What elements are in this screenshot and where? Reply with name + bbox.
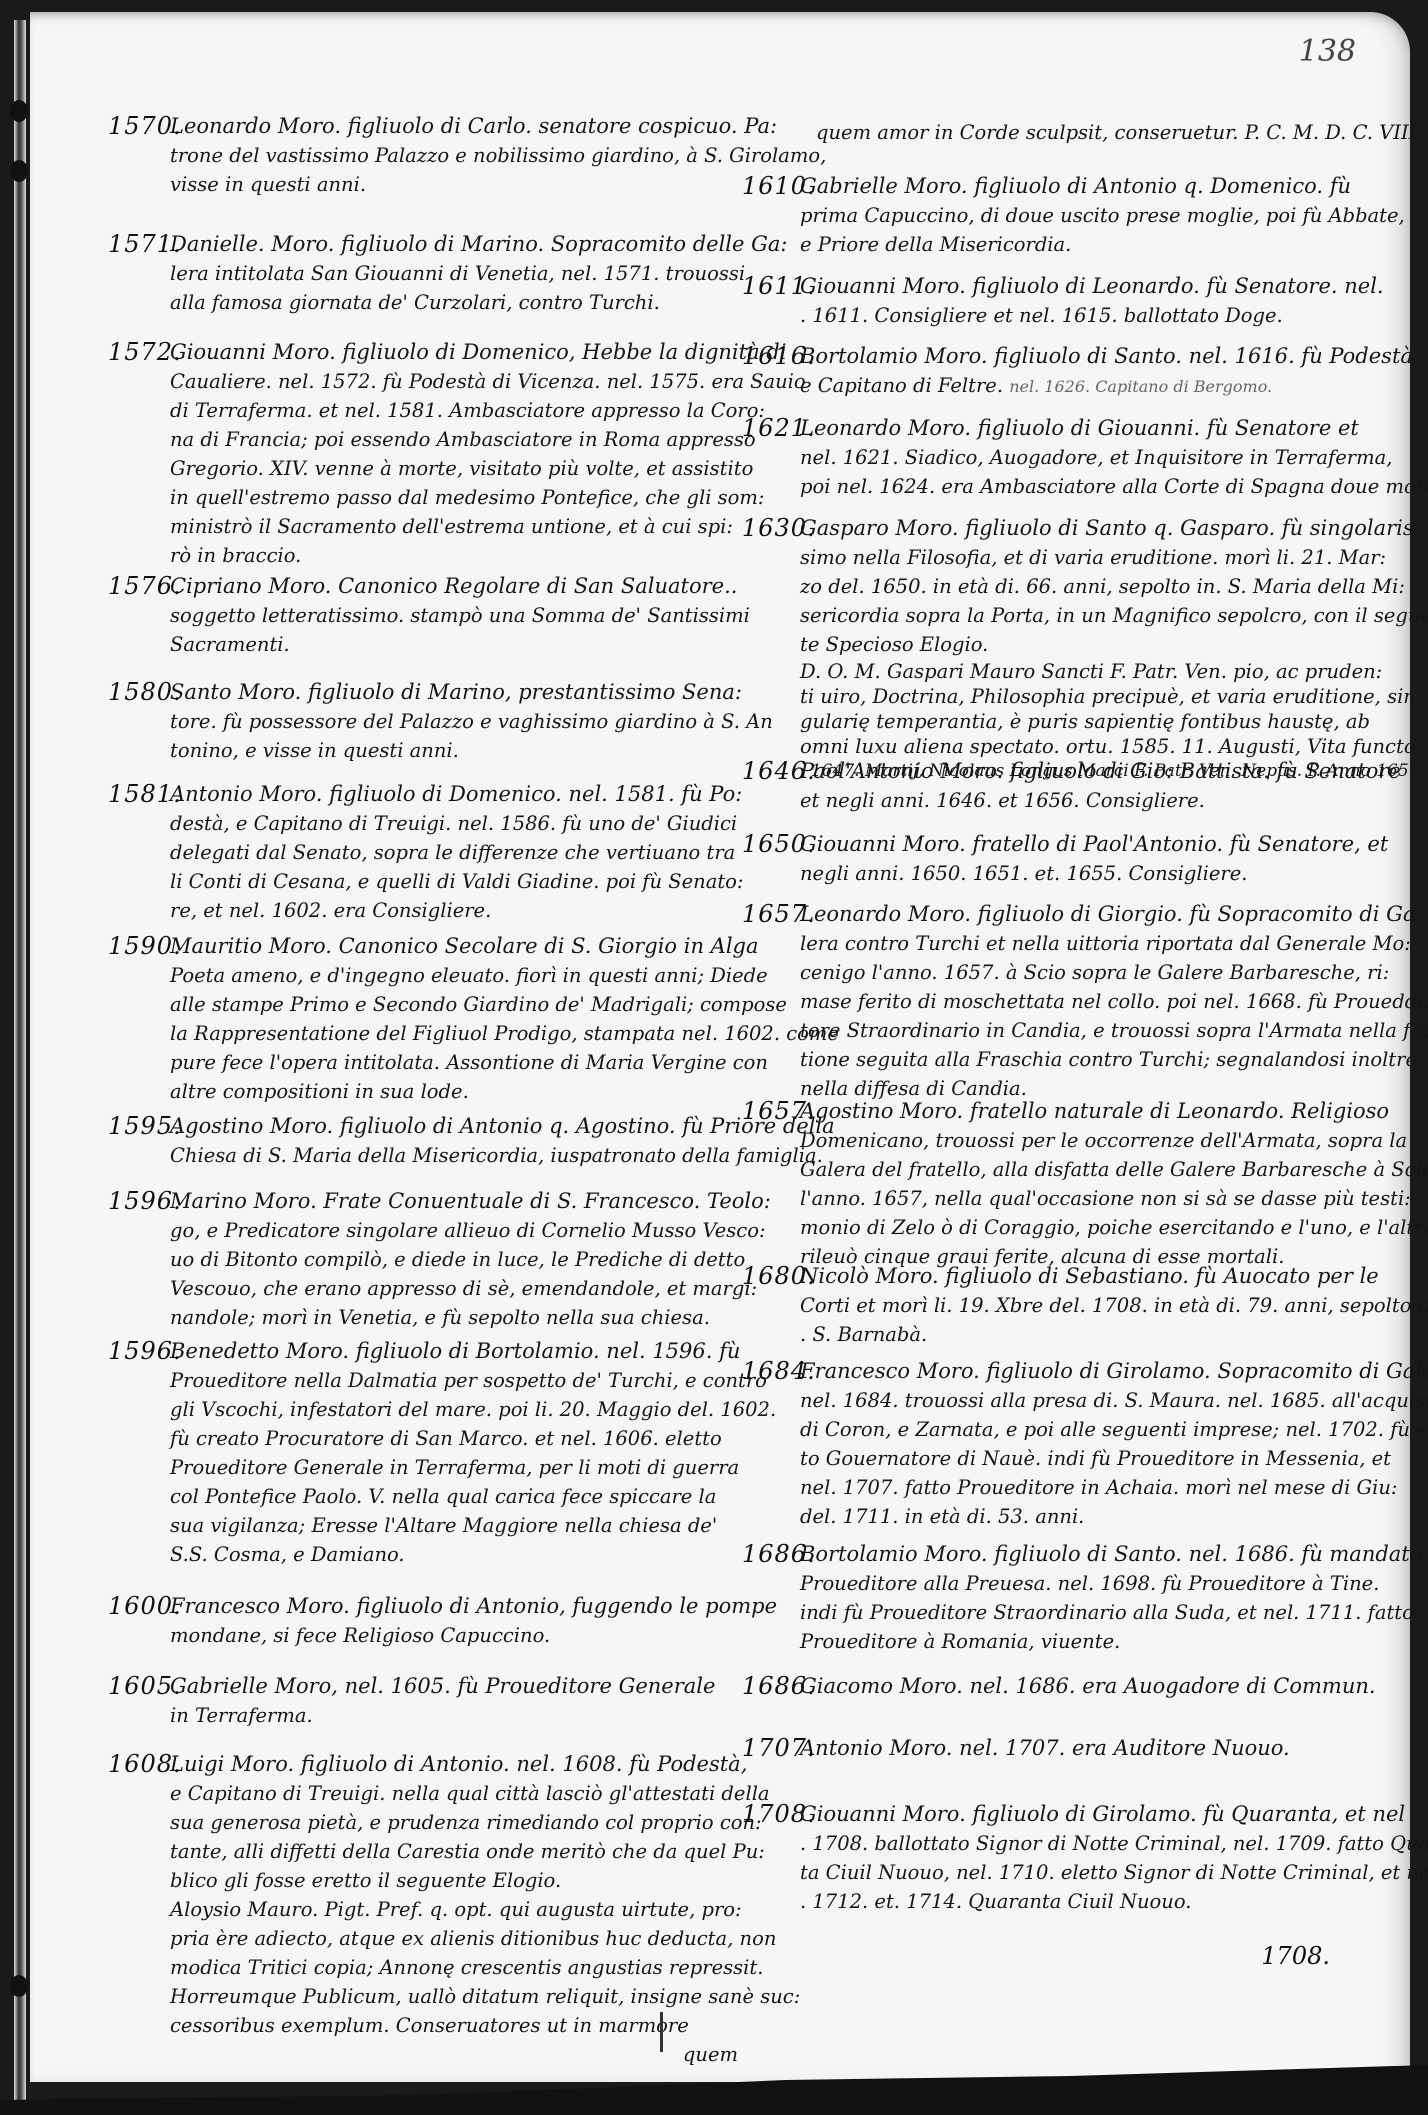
entry-line: tione seguita alla Fraschia contro Turch…	[800, 1045, 1382, 1074]
entry-line: gli Vscochi, infestatori del mare. poi l…	[170, 1395, 778, 1424]
entry-line: e Priore della Misericordia.	[800, 230, 1382, 259]
entry-line: Agostino Moro. figliuolo di Antonio q. A…	[170, 1112, 778, 1141]
entry-line: D. O. M. Gaspari Mauro Sancti F. Patr. V…	[800, 659, 1382, 684]
entry-line: Marino Moro. Frate Conuentuale di S. Fra…	[170, 1187, 778, 1216]
entry-line: Proueditore alla Preuesa. nel. 1698. fù …	[800, 1569, 1382, 1598]
manuscript-page: 138 1570. Leonardo Moro. figliuolo di Ca…	[30, 12, 1410, 2082]
entry-line: go, e Predicatore singolare allieuo di C…	[170, 1216, 778, 1245]
entry-line: te Specioso Elogio.	[800, 630, 1382, 659]
continuation-line: quem amor in Corde sculpsit, conseruetur…	[816, 118, 1423, 147]
entry-line: Cipriano Moro. Canonico Regolare di San …	[170, 572, 778, 601]
entry-line: Giacomo Moro. nel. 1686. era Auogadore d…	[800, 1672, 1382, 1701]
entry-line: Gregorio. XIV. venne à morte, visitato p…	[170, 454, 778, 483]
entry-line: mase ferito di moschettata nel collo. po…	[800, 987, 1382, 1016]
entry-line: Nicolò Moro. figliuolo di Sebastiano. fù…	[800, 1262, 1382, 1291]
entry-line: pria ère adiecto, atque ex alienis ditio…	[170, 1924, 778, 1953]
footer-year-note: 1708.	[1261, 1942, 1330, 1970]
entry-line: to Gouernatore di Nauè. indi fù Prouedit…	[800, 1444, 1382, 1473]
entry-line: tonino, e visse in questi anni.	[170, 736, 778, 765]
entry-line: et negli anni. 1646. et 1656. Consiglier…	[800, 786, 1382, 815]
entry-line: fù creato Procuratore di San Marco. et n…	[170, 1424, 778, 1453]
entry-line: Francesco Moro. figliuolo di Girolamo. S…	[800, 1357, 1382, 1386]
entry-line: simo nella Filosofia, et di varia erudit…	[800, 543, 1382, 572]
entry-line: Sacramenti.	[170, 630, 778, 659]
entry-line: blico gli fosse eretto il seguente Elogi…	[170, 1866, 778, 1895]
entry-line: ti uiro, Doctrina, Philosophia precipuè,…	[800, 684, 1382, 709]
entry-line: trone del vastissimo Palazzo e nobilissi…	[170, 141, 778, 170]
entry-line: alla famosa giornata de' Curzolari, cont…	[170, 288, 778, 317]
entry-line: e Capitano di Treuigi. nella qual città …	[170, 1779, 778, 1808]
entry-line: S.S. Cosma, e Damiano.	[170, 1540, 778, 1569]
entry-line: Leonardo Moro. figliuolo di Giouanni. fù…	[800, 414, 1382, 443]
entry-line: . S. Barnabà.	[800, 1320, 1382, 1349]
entry-line: poi nel. 1624. era Ambasciatore alla Cor…	[800, 472, 1382, 501]
entry-line: zo del. 1650. in età di. 66. anni, sepol…	[800, 572, 1382, 601]
entry-line: delegati dal Senato, sopra le differenze…	[170, 838, 778, 867]
entry-line: alle stampe Primo e Secondo Giardino de'…	[170, 990, 778, 1019]
entry-line: Caualiere. nel. 1572. fù Podestà di Vice…	[170, 367, 778, 396]
entry-line: Proueditore nella Dalmatia per sospetto …	[170, 1366, 778, 1395]
entry-line: Proueditore à Romania, viuente.	[800, 1627, 1382, 1656]
folio-number: 138	[1299, 34, 1356, 69]
entry-line: ministrò il Sacramento dell'estrema unti…	[170, 512, 778, 541]
entry-line: rò in braccio.	[170, 541, 778, 570]
book-binding-spine	[14, 20, 26, 2100]
entry-line: del. 1711. in età di. 53. anni.	[800, 1502, 1382, 1531]
entry-line: Chiesa di S. Maria della Misericordia, i…	[170, 1141, 778, 1170]
entry-line: Agostino Moro. fratello naturale di Leon…	[800, 1097, 1382, 1126]
entry-line: Poeta ameno, e d'ingegno eleuato. fiorì …	[170, 961, 778, 990]
entry-line: Mauritio Moro. Canonico Secolare di S. G…	[170, 932, 778, 961]
later-annotation: nel. 1626. Capitano di Bergomo.	[1009, 377, 1272, 396]
entry-line: . 1708. ballottato Signor di Notte Crimi…	[800, 1829, 1382, 1858]
binding-stitch	[10, 1975, 28, 1997]
ink-mark	[660, 2012, 663, 2052]
entry-line: mondane, si fece Religioso Capuccino.	[170, 1621, 778, 1650]
entry-line: li Conti di Cesana, e quelli di Valdi Gi…	[170, 867, 778, 896]
entry-line: ta Ciuil Nuouo, nel. 1710. eletto Signor…	[800, 1858, 1382, 1887]
entry-line: lera contro Turchi et nella uittoria rip…	[800, 929, 1382, 958]
entry-line: uo di Bitonto compilò, e diede in luce, …	[170, 1245, 778, 1274]
entry-line: di Terraferma. et nel. 1581. Ambasciator…	[170, 396, 778, 425]
entry-line: Gasparo Moro. figliuolo di Santo q. Gasp…	[800, 514, 1382, 543]
entry-line: nandole; morì in Venetia, e fù sepolto n…	[170, 1303, 778, 1332]
entry-line: Vescouo, che erano appresso di sè, emend…	[170, 1274, 778, 1303]
entry-line: destà, e Capitano di Treuigi. nel. 1586.…	[170, 809, 778, 838]
entry-line: Bortolamio Moro. figliuolo di Santo. nel…	[800, 1540, 1382, 1569]
entry-line-text: e Capitano di Feltre.	[800, 374, 1003, 397]
entry-line: Domenicano, trouossi per le occorrenze d…	[800, 1126, 1382, 1155]
entry-line: soggetto letteratissimo. stampò una Somm…	[170, 601, 778, 630]
binding-stitch	[10, 160, 28, 182]
entry-line: sericordia sopra la Porta, in un Magnifi…	[800, 601, 1382, 630]
entry-line: prima Capuccino, di doue uscito prese mo…	[800, 201, 1382, 230]
entry-line: Giouanni Moro. figliuolo di Girolamo. fù…	[800, 1800, 1382, 1829]
entry-line: Luigi Moro. figliuolo di Antonio. nel. 1…	[170, 1750, 778, 1779]
entry-line: tore. fù possessore del Palazzo e vaghis…	[170, 707, 778, 736]
entry-line: negli anni. 1650. 1651. et. 1655. Consig…	[800, 859, 1382, 888]
entry-line: Giouanni Moro. figliuolo di Domenico, He…	[170, 338, 778, 367]
entry-line: tore Straordinario in Candia, e trouossi…	[800, 1016, 1382, 1045]
entry-line: Gabrielle Moro. figliuolo di Antonio q. …	[800, 172, 1382, 201]
entry-line: . 1712. et. 1714. Quaranta Ciuil Nuouo.	[800, 1887, 1382, 1916]
entry-line: re, et nel. 1602. era Consigliere.	[170, 896, 778, 925]
entry-line: Proueditore Generale in Terraferma, per …	[170, 1453, 778, 1482]
entry-line: Galera del fratello, alla disfatta delle…	[800, 1155, 1382, 1184]
entry-line: in Terraferma.	[170, 1701, 778, 1730]
entry-line: cenigo l'anno. 1657. à Scio sopra le Gal…	[800, 958, 1382, 987]
entry-line: Benedetto Moro. figliuolo di Bortolamio.…	[170, 1337, 778, 1366]
entry-line: col Pontefice Paolo. V. nella qual caric…	[170, 1482, 778, 1511]
entry-line: tante, alli diffetti della Carestia onde…	[170, 1837, 778, 1866]
entry-line: . 1611. Consigliere et nel. 1615. ballot…	[800, 301, 1382, 330]
entry-line: Paol'Antonio Moro. figliuolo di Gio: Bat…	[800, 757, 1382, 786]
entry-line: Gabrielle Moro, nel. 1605. fù Proueditor…	[170, 1672, 778, 1701]
entry-line: Giouanni Moro. fratello di Paol'Antonio.…	[800, 830, 1382, 859]
entry-line: omni luxu aliena spectato. ortu. 1585. 1…	[800, 734, 1382, 759]
entry-line: sua vigilanza; Eresse l'Altare Maggiore …	[170, 1511, 778, 1540]
entry-line: Leonardo Moro. figliuolo di Giorgio. fù …	[800, 900, 1382, 929]
entry-line: Antonio Moro. figliuolo di Domenico. nel…	[170, 780, 778, 809]
entry-line: gularię temperantia, è puris sapientię f…	[800, 709, 1382, 734]
entry-line: visse in questi anni.	[170, 170, 778, 199]
entry-line: Bortolamio Moro. figliuolo di Santo. nel…	[800, 342, 1382, 371]
entry-line: l'anno. 1657, nella qual'occasione non s…	[800, 1184, 1382, 1213]
entry-line: Corti et morì li. 19. Xbre del. 1708. in…	[800, 1291, 1382, 1320]
entry-line: di Coron, e Zarnata, e poi alle seguenti…	[800, 1415, 1382, 1444]
entry-line: Leonardo Moro. figliuolo di Carlo. senat…	[170, 112, 778, 141]
entry-line-catchword: quem	[170, 2040, 778, 2069]
entry-line: Horreumque Publicum, uallò ditatum reliq…	[170, 1982, 778, 2011]
entry-line: lera intitolata San Giouanni di Venetia,…	[170, 259, 778, 288]
entry-line: la Rappresentatione del Figliuol Prodigo…	[170, 1019, 778, 1048]
entry-line: cessoribus exemplum. Conseruatores ut in…	[170, 2011, 778, 2040]
entry-line: Francesco Moro. figliuolo di Antonio, fu…	[170, 1592, 778, 1621]
entry-line: Antonio Moro. nel. 1707. era Auditore Nu…	[800, 1734, 1382, 1763]
entry-line: Aloysio Mauro. Pigt. Pref. q. opt. qui a…	[170, 1895, 778, 1924]
entry-line: Danielle. Moro. figliuolo di Marino. Sop…	[170, 230, 778, 259]
entry-line: na di Francia; poi essendo Ambasciatore …	[170, 425, 778, 454]
entry-line: nel. 1684. trouossi alla presa di. S. Ma…	[800, 1386, 1382, 1415]
entry-line: e Capitano di Feltre. nel. 1626. Capitan…	[800, 371, 1382, 401]
entry-line: Giouanni Moro. figliuolo di Leonardo. fù…	[800, 272, 1382, 301]
entry-line: modica Tritici copia; Annonę crescentis …	[170, 1953, 778, 1982]
entry-line: indi fù Proueditore Straordinario alla S…	[800, 1598, 1382, 1627]
binding-stitch	[10, 100, 28, 122]
entry-line: monio di Zelo ò di Coraggio, poiche eser…	[800, 1213, 1382, 1242]
entry-line: in quell'estremo passo dal medesimo Pont…	[170, 483, 778, 512]
entry-line: altre compositioni in sua lode.	[170, 1077, 778, 1106]
entry-line: nel. 1707. fatto Proueditore in Achaia. …	[800, 1473, 1382, 1502]
entry-line: pure fece l'opera intitolata. Assontione…	[170, 1048, 778, 1077]
entry-line: nel. 1621. Siadico, Auogadore, et Inquis…	[800, 443, 1382, 472]
entry-line: Santo Moro. figliuolo di Marino, prestan…	[170, 678, 778, 707]
entry-line: sua generosa pietà, e prudenza rimediand…	[170, 1808, 778, 1837]
